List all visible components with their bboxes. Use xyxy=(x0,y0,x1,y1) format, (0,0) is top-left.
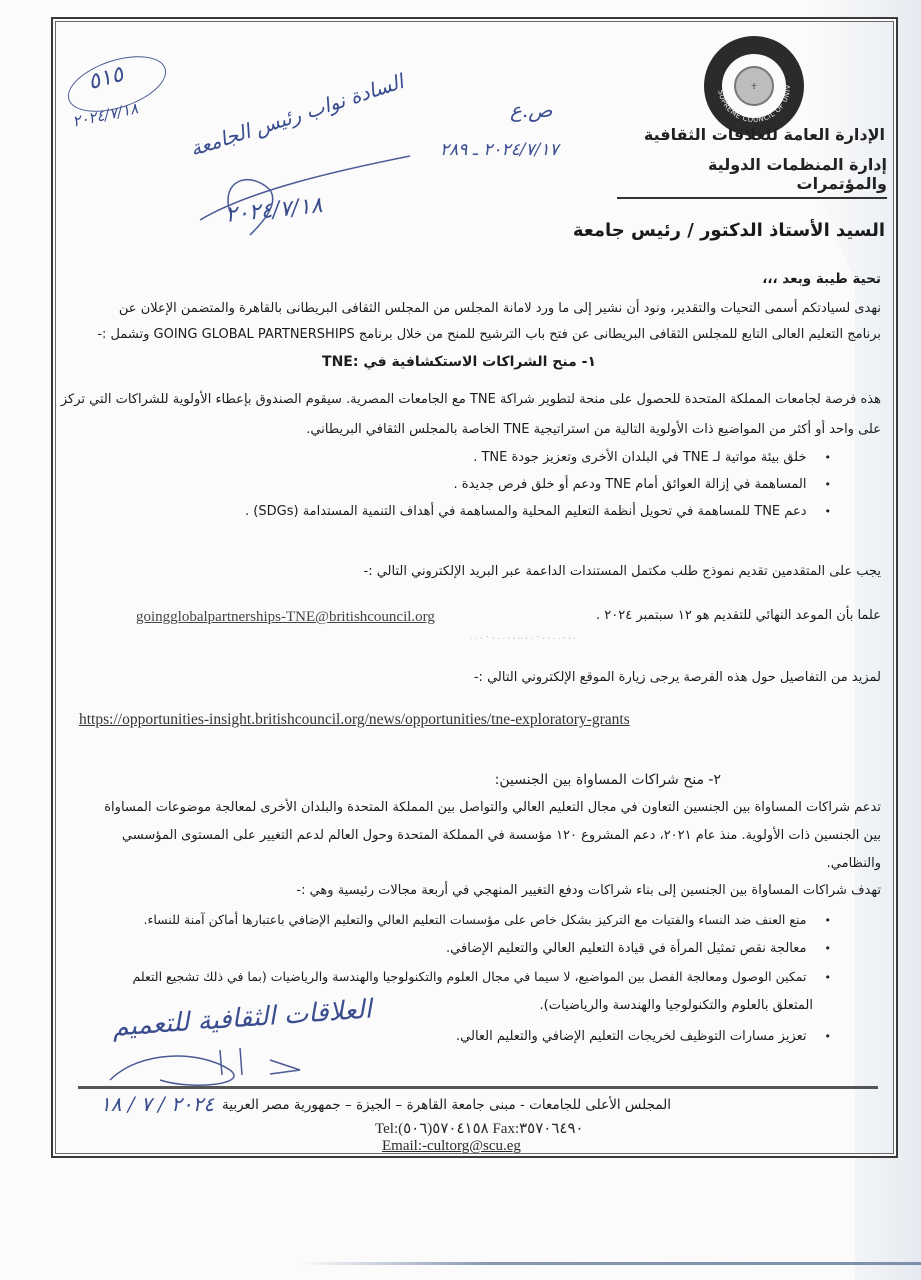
footer-email[interactable]: Email:-cultorg@scu.eg xyxy=(382,1138,521,1155)
section-2-bullet: معالجة نقص تمثيل المرأة في قيادة التعليم… xyxy=(446,942,831,955)
section-1-title: ١- منح الشراكات الاستكشافية في :TNE xyxy=(322,355,596,369)
section-2-paragraph-line-2: بين الجنسين ذات الأولوية. منذ عام ٢٠٢١، … xyxy=(122,829,881,842)
section-1-bullet: المساهمة في إزالة العوائق أمام TNE ودعم … xyxy=(454,478,831,491)
handwritten-ref-number: ٢٠٢٤/٧/١٧ ـ ٢٨٩ xyxy=(440,140,559,160)
footer-phone-fax: Tel:٥٧٠٤١٥٨(٥٠٦) Fax:٣٥٧٠٦٤٩٠ xyxy=(375,1119,584,1138)
section-1-paragraph-line-1: هذه فرصة لجامعات المملكة المتحدة للحصول … xyxy=(61,393,881,406)
section-2-paragraph-line-3: والنظامي. xyxy=(827,857,881,870)
intro-line-2: برنامج التعليم العالى التابع للمجلس الثق… xyxy=(97,328,881,341)
footer-address: المجلس الأعلى للجامعات - مبنى جامعة القا… xyxy=(222,1097,671,1113)
handwritten-ref-label: ص.ع xyxy=(510,98,552,122)
addressee: السيد الأستاذ الدكتور / رئيس جامعة xyxy=(573,220,885,241)
apply-instructions: يجب على المتقدمين تقديم نموذج طلب مكتمل … xyxy=(364,565,881,578)
section-1-paragraph-line-2: على واحد أو أكثر من المواضيع ذات الأولوي… xyxy=(306,423,881,436)
footer-divider xyxy=(78,1086,878,1089)
section-2-bullet: تمكين الوصول ومعالجة الفصل بين المواضيع،… xyxy=(133,971,831,984)
more-info-text: لمزيد من التفاصيل حول هذه الفرصة يرجى زي… xyxy=(474,671,881,684)
section-1-bullet: خلق بيئة مواتية لـ TNE في البلدان الأخرى… xyxy=(473,451,831,464)
handwritten-signature-icon xyxy=(190,150,420,240)
section-2-paragraph-line-1: تدعم شراكات المساواة بين الجنسين التعاون… xyxy=(104,801,881,814)
department-title-general: الإدارة العامة للعلاقات الثقافية xyxy=(644,125,885,144)
section-2-aims-intro: تهدف شراكات المساواة بين الجنسين إلى بنا… xyxy=(296,884,881,897)
application-email-link[interactable]: goingglobalpartnerships-TNE@britishcounc… xyxy=(136,609,435,626)
seal-ring-icon: SUPREME COUNCIL OF UNIVERSITIES xyxy=(704,36,804,136)
scan-artifact-line xyxy=(300,1262,921,1265)
scan-noise: . . ، ٠ . ، .. ، ، . . ، ٠ ، ، . . ، ، . xyxy=(470,632,576,641)
handwritten-initials-icon xyxy=(100,1040,320,1090)
section-2-bullet: منع العنف ضد النساء والفتيات مع التركيز … xyxy=(143,914,831,927)
opportunity-url-link[interactable]: https://opportunities-insight.britishcou… xyxy=(79,711,630,729)
section-1-bullet: دعم TNE للمساهمة في تحويل أنظمة التعليم … xyxy=(245,505,831,518)
svg-text:SUPREME COUNCIL OF UNIVERSITIE: SUPREME COUNCIL OF UNIVERSITIES xyxy=(704,36,792,124)
handwritten-footer-date: ٢٠٢٤ / ٧ / ١٨ xyxy=(100,1092,214,1116)
deadline-text: علما بأن الموعد النهائي للتقديم هو ١٢ سب… xyxy=(596,609,881,622)
section-2-bullet: تعزيز مسارات التوظيف لخريجات التعليم الإ… xyxy=(456,1030,831,1043)
section-2-bullet-continuation: المتعلق بالعلوم والتكنولوجيا والهندسة وا… xyxy=(540,999,813,1012)
section-2-title: ٢- منح شراكات المساواة بين الجنسين: xyxy=(495,773,721,787)
university-council-seal-icon: SUPREME COUNCIL OF UNIVERSITIES ☥ xyxy=(704,36,804,136)
department-title-organizations: إدارة المنظمات الدولية والمؤتمرات xyxy=(617,155,887,199)
intro-line-1: نهدى لسيادتكم أسمى التحيات والتقدير، ونو… xyxy=(119,302,881,315)
greeting: تحية طيبة وبعد ،،، xyxy=(762,273,881,287)
